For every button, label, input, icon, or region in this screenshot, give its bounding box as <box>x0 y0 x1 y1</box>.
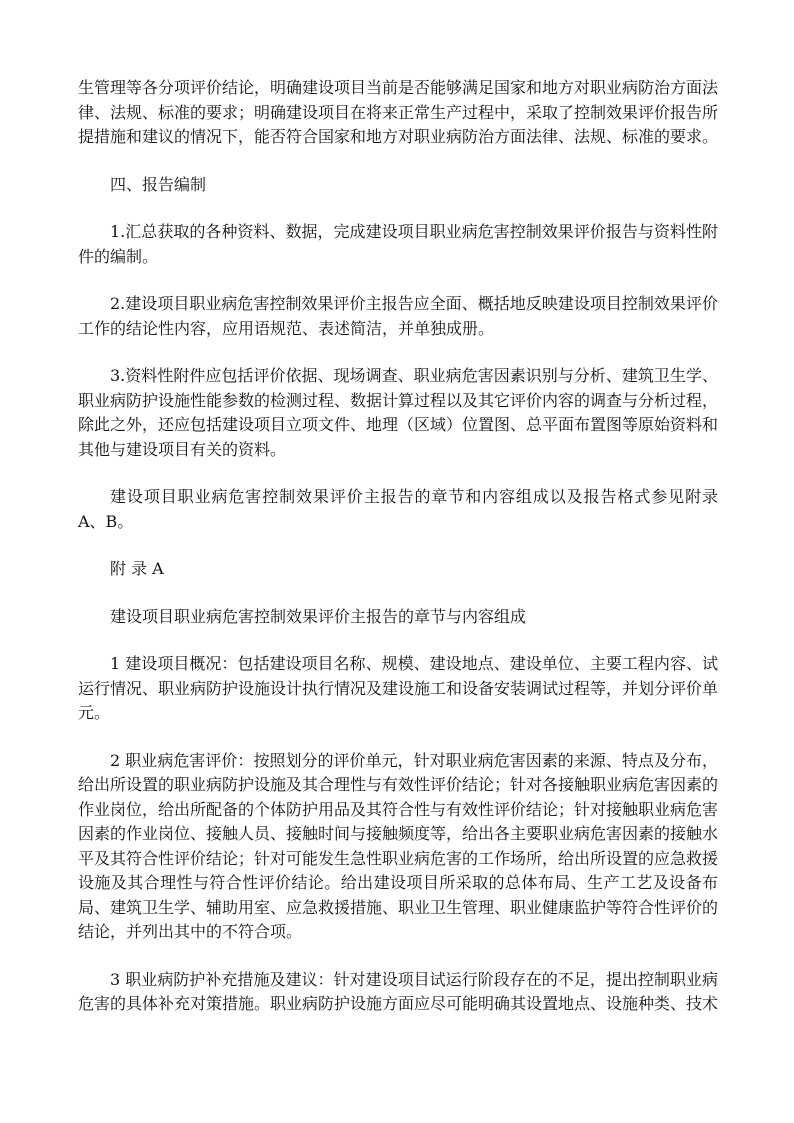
paragraph-appendix-reference: 建设项目职业病危害控制效果评价主报告的章节和内容组成以及报告格式参见附录 A、B… <box>78 485 718 534</box>
paragraph-project-overview: 1 建设项目概况：包括建设项目名称、规模、建设地点、建设单位、主要工程内容、试运… <box>78 652 718 726</box>
appendix-a-heading: 附 录 A <box>78 557 718 582</box>
paragraph-hazard-evaluation: 2 职业病危害评价：按照划分的评价单元，针对职业病危害因素的来源、特点及分布，给… <box>78 749 718 945</box>
paragraph-item-2-main-report: 2.建设项目职业病危害控制效果评价主报告应全面、概括地反映建设项目控制效果评价工… <box>78 292 718 341</box>
section-heading-report-compilation: 四、报告编制 <box>78 173 718 198</box>
paragraph-item-1-compile-materials: 1.汇总获取的各种资料、数据，完成建设项目职业病危害控制效果评价报告与资料性附件… <box>78 220 718 269</box>
paragraph-evaluation-conclusion-continued: 生管理等各分项评价结论，明确建设项目当前是否能够满足国家和地方对职业病防治方面法… <box>78 76 718 150</box>
paragraph-item-3-appendix-materials: 3.资料性附件应包括评价依据、现场调查、职业病危害因素识别与分析、建筑卫生学、职… <box>78 364 718 462</box>
paragraph-supplementary-measures: 3 职业病防护补充措施及建议：针对建设项目试运行阶段存在的不足，提出控制职业病危… <box>78 968 718 1017</box>
appendix-a-title: 建设项目职业病危害控制效果评价主报告的章节与内容组成 <box>78 605 718 630</box>
document-page: 生管理等各分项评价结论，明确建设项目当前是否能够满足国家和地方对职业病防治方面法… <box>78 76 718 1017</box>
